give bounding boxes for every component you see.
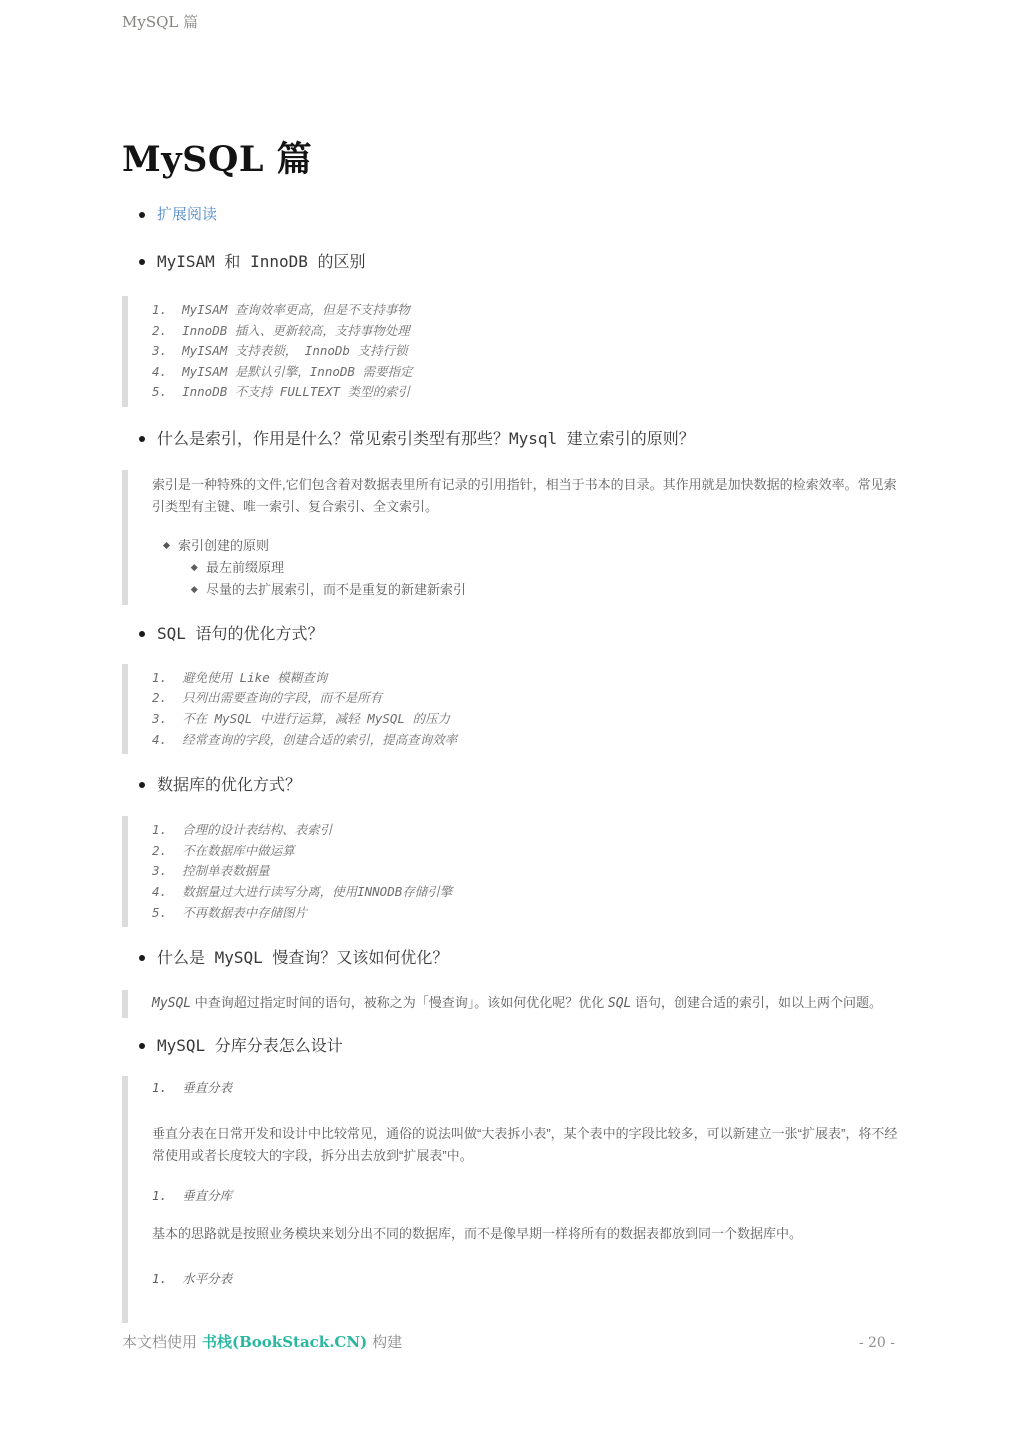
code-line: 2. 不在数据库中做运算 xyxy=(152,841,899,862)
bullet-dot-icon xyxy=(139,212,145,218)
blockquote-slow-query: MySQL 中查询超过指定时间的语句，被称之为「慢查询」。该如何优化呢？优化 S… xyxy=(122,990,899,1017)
bullet-dot-icon xyxy=(139,782,145,788)
code-line: 3. MyISAM 支持表锁， InnoDb 支持行锁 xyxy=(152,341,899,362)
question-heading-sql-optimize: SQL 语句的优化方式？ xyxy=(122,624,899,644)
footer-prefix: 本文档使用 xyxy=(122,1333,197,1351)
paragraph-text: 语句，创建合适的索引，如以上两个问题。 xyxy=(631,995,882,1010)
vertical-db-paragraph: 基本的思路就是按照业务模块来划分出不同的数据库，而不是像早期一样将所有的数据表都… xyxy=(152,1223,899,1245)
numbered-item-vertical-db: 1. 垂直分库 xyxy=(152,1188,899,1204)
numbered-item-vertical-table: 1. 垂直分表 xyxy=(152,1080,899,1096)
code-block-db-optimize: 1. 合理的设计表结构、表索引 2. 不在数据库中做运算 3. 控制单表数据量 … xyxy=(122,816,899,927)
code-line: 1. 合理的设计表结构、表索引 xyxy=(152,820,899,841)
question-heading-slow-query: 什么是 MySQL 慢查询？又该如何优化？ xyxy=(122,948,899,968)
bullet-dot-icon xyxy=(139,955,145,961)
code-line: 3. 不在 MySQL 中进行运算，减轻 MySQL 的压力 xyxy=(152,709,899,730)
question-heading-label: MyISAM 和 InnoDB 的区别 xyxy=(157,252,366,271)
code-line: 2. 只列出需要查询的字段，而不是所有 xyxy=(152,688,899,709)
index-principles-list: 索引创建的原则 最左前缀原理 尽量的去扩展索引，而不是重复的新建新索引 xyxy=(152,535,899,601)
principle-label: 最左前缀原理 xyxy=(206,560,284,575)
bullet-dot-icon xyxy=(139,436,145,442)
bookstack-brand-link[interactable]: 书栈(BookStack.CN) xyxy=(202,1333,367,1351)
bullet-dot-icon xyxy=(139,1043,145,1049)
page-number: - 20 - xyxy=(859,1335,895,1351)
code-line: 1. MyISAM 查询效率更高，但是不支持事物 xyxy=(152,300,899,321)
question-heading-label: 什么是 MySQL 慢查询？又该如何优化？ xyxy=(157,948,448,967)
numbered-item-horizontal-table: 1. 水平分表 xyxy=(152,1271,899,1287)
question-heading-myisam-innodb: MyISAM 和 InnoDB 的区别 xyxy=(122,252,899,272)
list-item-read-more: 扩展阅读 xyxy=(122,206,899,223)
code-line: 3. 控制单表数据量 xyxy=(152,861,899,882)
read-more-link[interactable]: 扩展阅读 xyxy=(157,206,217,223)
question-heading-label: MySQL 分库分表怎么设计 xyxy=(157,1036,343,1055)
question-heading-sharding: MySQL 分库分表怎么设计 xyxy=(122,1036,899,1056)
code-line: 1. 避免使用 Like 模糊查询 xyxy=(152,668,899,689)
document-page: MySQL 篇 MySQL 篇 扩展阅读 MyISAM 和 InnoDB 的区别… xyxy=(0,0,1019,1440)
inline-code: MySQL xyxy=(152,996,191,1011)
footer-credit: 本文档使用书栈(BookStack.CN)构建 xyxy=(122,1331,402,1352)
question-heading-label: 什么是索引，作用是什么？常见索引类型有那些？Mysql 建立索引的原则？ xyxy=(157,429,695,448)
question-heading-label: 数据库的优化方式？ xyxy=(157,775,301,794)
code-block-sql-optimize: 1. 避免使用 Like 模糊查询 2. 只列出需要查询的字段，而不是所有 3.… xyxy=(122,664,899,754)
question-heading-index: 什么是索引，作用是什么？常见索引类型有那些？Mysql 建立索引的原则？ xyxy=(122,429,899,449)
code-line: 4. 经常查询的字段，创建合适的索引，提高查询效率 xyxy=(152,730,899,751)
question-heading-db-optimize: 数据库的优化方式？ xyxy=(122,775,899,795)
slow-query-paragraph: MySQL 中查询超过指定时间的语句，被称之为「慢查询」。该如何优化呢？优化 S… xyxy=(152,992,899,1015)
inline-code: SQL xyxy=(608,996,631,1011)
paragraph-text: 中查询超过指定时间的语句，被称之为「慢查询」。该如何优化呢？优化 xyxy=(191,995,608,1010)
principle-title-label: 索引创建的原则 xyxy=(178,538,269,553)
code-line: 2. InnoDB 插入、更新较高，支持事物处理 xyxy=(152,321,899,342)
question-heading-label: SQL 语句的优化方式？ xyxy=(157,624,324,643)
index-paragraph: 索引是一种特殊的文件,它们包含着对数据表里所有记录的引用指针，相当于书本的目录。… xyxy=(152,474,899,519)
footer-suffix: 构建 xyxy=(372,1333,402,1351)
diamond-bullet-icon xyxy=(191,586,197,592)
page-footer: 本文档使用书栈(BookStack.CN)构建 - 20 - xyxy=(122,1331,895,1352)
page-title: MySQL 篇 xyxy=(122,138,899,182)
code-line: 4. 数据量过大进行读写分离，使用INNODB存储引擎 xyxy=(152,882,899,903)
diamond-bullet-icon xyxy=(191,564,197,570)
principle-label: 尽量的去扩展索引，而不是重复的新建新索引 xyxy=(206,582,466,597)
list-item-principle: 最左前缀原理 xyxy=(152,557,899,579)
diamond-bullet-icon xyxy=(163,542,170,549)
code-line: 5. InnoDB 不支持 FULLTEXT 类型的索引 xyxy=(152,382,899,403)
code-block-myisam-innodb: 1. MyISAM 查询效率更高，但是不支持事物 2. InnoDB 插入、更新… xyxy=(122,296,899,407)
bullet-dot-icon xyxy=(139,259,145,265)
blockquote-sharding: 1. 垂直分表 垂直分表在日常开发和设计中比较常见，通俗的说法叫做“大表拆小表”… xyxy=(122,1076,899,1323)
vertical-table-paragraph: 垂直分表在日常开发和设计中比较常见，通俗的说法叫做“大表拆小表”，某个表中的字段… xyxy=(152,1123,899,1168)
list-item-principle-title: 索引创建的原则 xyxy=(152,535,899,557)
list-item-principle: 尽量的去扩展索引，而不是重复的新建新索引 xyxy=(152,579,899,601)
code-line: 4. MyISAM 是默认引擎，InnoDB 需要指定 xyxy=(152,362,899,383)
blockquote-index: 索引是一种特殊的文件,它们包含着对数据表里所有记录的引用指针，相当于书本的目录。… xyxy=(122,470,899,605)
document-content: MySQL 篇 扩展阅读 MyISAM 和 InnoDB 的区别 1. MyIS… xyxy=(122,0,899,1323)
bullet-dot-icon xyxy=(139,631,145,637)
code-line: 5. 不再数据表中存储图片 xyxy=(152,903,899,924)
